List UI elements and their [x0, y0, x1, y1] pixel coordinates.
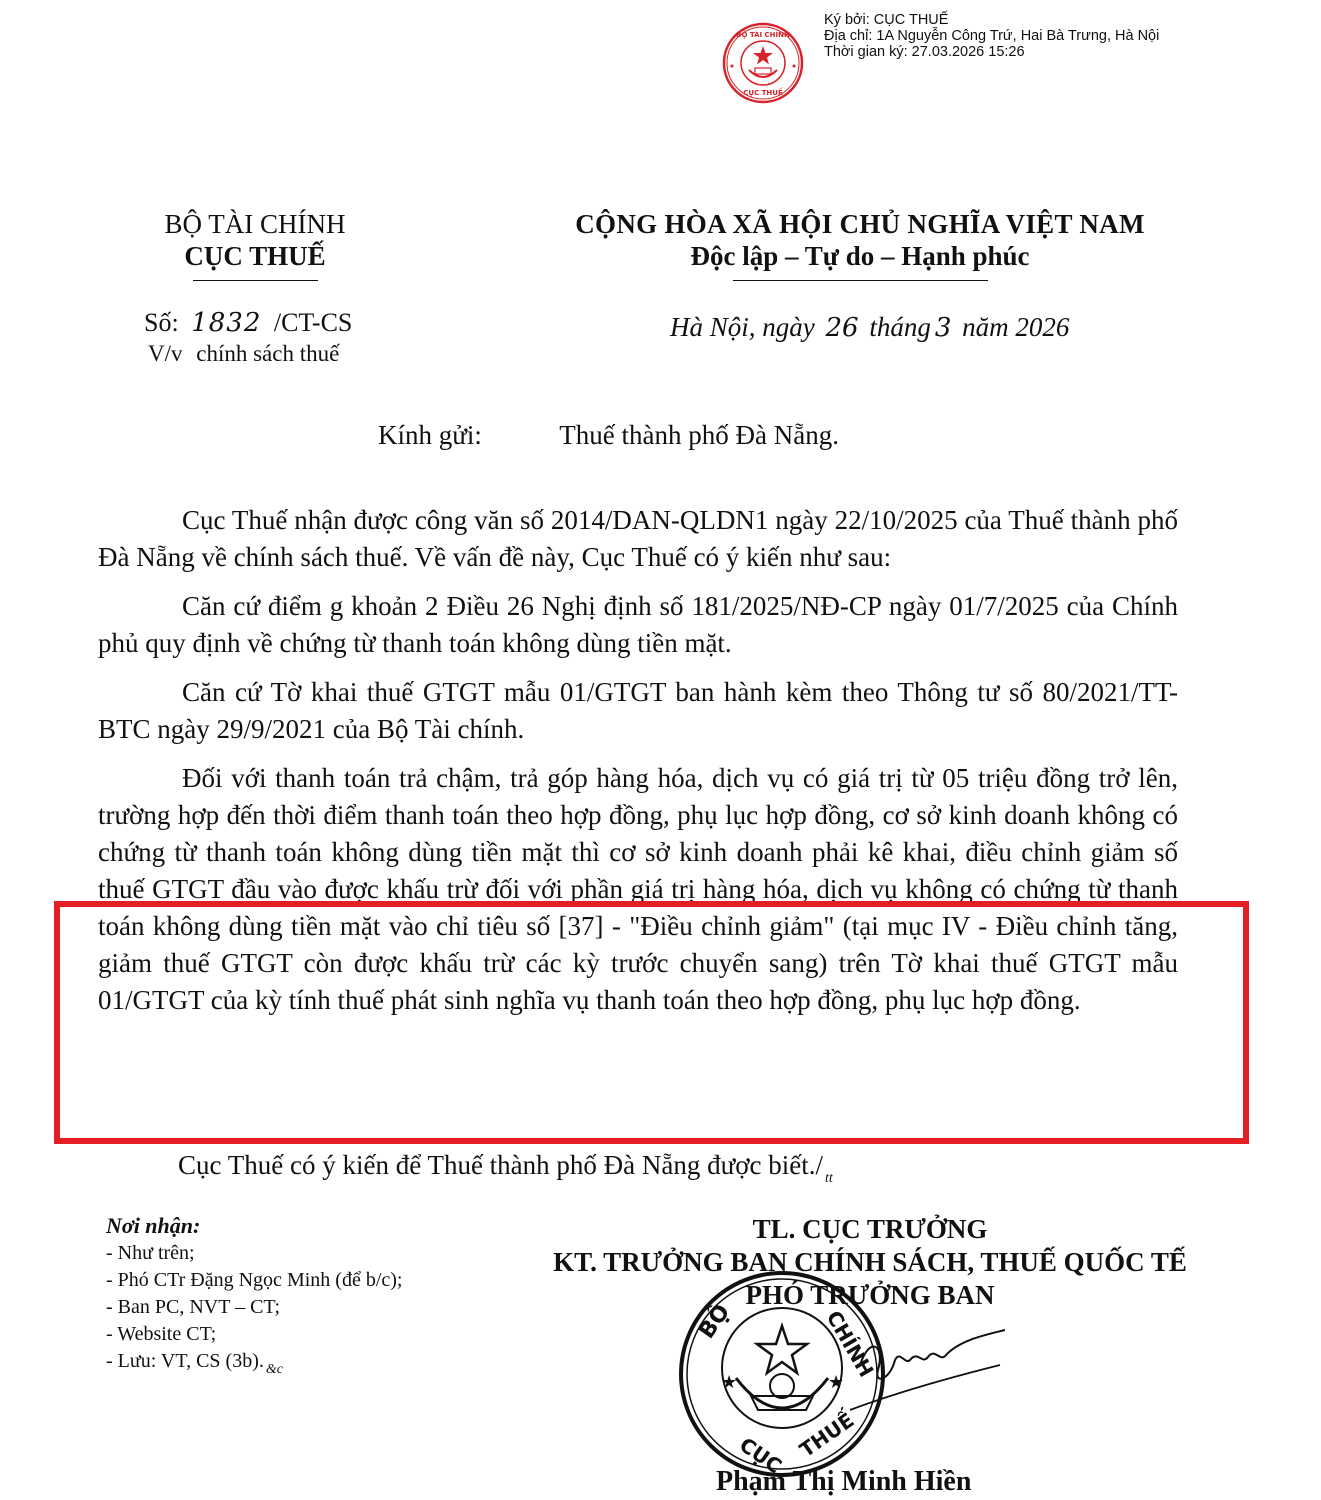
- closing-text: Cục Thuế có ý kiến để Thuế thành phố Đà …: [178, 1150, 823, 1180]
- signer-name: Phạm Thị Minh Hiền: [716, 1466, 971, 1498]
- handwritten-signature-icon: [850, 1325, 1010, 1415]
- nation-name: CỘNG HÒA XÃ HỘI CHỦ NGHĨA VIỆT NAM: [530, 208, 1190, 240]
- distribution-item-text: - Lưu: VT, CS (3b).: [106, 1350, 264, 1372]
- svg-text:★: ★: [828, 1372, 844, 1392]
- closing-line: Cục Thuế có ý kiến để Thuế thành phố Đà …: [178, 1150, 833, 1187]
- day-handwritten: 26: [826, 313, 859, 343]
- month-label: tháng: [869, 312, 931, 342]
- year-label: năm 2026: [962, 312, 1069, 342]
- svg-text:CỤC THUẾ: CỤC THUẾ: [743, 87, 783, 97]
- subject-text: chính sách thuế: [196, 341, 339, 366]
- place-date-prefix: Hà Nội, ngày: [670, 312, 815, 342]
- handwritten-signature: [850, 1325, 1010, 1415]
- issuing-authority: BỘ TÀI CHÍNH CỤC THUẾ: [100, 208, 410, 281]
- national-title: CỘNG HÒA XÃ HỘI CHỦ NGHĨA VIỆT NAM Độc l…: [530, 208, 1190, 281]
- closing-initials: tt: [825, 1171, 833, 1186]
- svg-text:BỘ: BỘ: [693, 1299, 735, 1344]
- doc-number-label: Số:: [144, 308, 179, 337]
- red-ministry-seal-icon: BỘ TÀI CHÍNH CỤC THUẾ: [722, 22, 804, 104]
- header-left-rule: [193, 280, 318, 281]
- doc-number-suffix: /CT-CS: [274, 308, 353, 337]
- place-date: Hà Nội, ngày 26 tháng3 năm 2026: [670, 312, 1069, 343]
- recipient-label: Kính gửi:: [378, 420, 553, 451]
- distribution-initials: &c: [266, 1362, 283, 1377]
- digital-seal: BỘ TÀI CHÍNH CỤC THUẾ: [722, 22, 804, 104]
- body-paragraph-3: Căn cứ Tờ khai thuế GTGT mẫu 01/GTGT ban…: [98, 674, 1178, 748]
- body-paragraph-1: Cục Thuế nhận được công văn số 2014/DAN-…: [98, 502, 1178, 576]
- document-number: Số: 1832 /CT-CS: [144, 308, 352, 338]
- distribution-title: Nơi nhận:: [106, 1212, 402, 1240]
- distribution-list: Nơi nhận: - Như trên; - Phó CTr Đặng Ngọ…: [106, 1212, 402, 1383]
- distribution-item: - Lưu: VT, CS (3b).&c: [106, 1348, 402, 1383]
- body-paragraph-2: Căn cứ điểm g khoản 2 Điều 26 Nghị định …: [98, 588, 1178, 662]
- digital-signature-info: Ký bởi: CỤC THUẾ Địa chỉ: 1A Nguyễn Công…: [824, 12, 1159, 60]
- document-subject: V/v chính sách thuế: [148, 340, 339, 368]
- header-right-rule: [733, 280, 988, 281]
- recipient-name: Thuế thành phố Đà Nẵng.: [559, 420, 839, 450]
- recipient: Kính gửi: Thuế thành phố Đà Nẵng.: [378, 420, 839, 451]
- letter-body: Cục Thuế nhận được công văn số 2014/DAN-…: [98, 502, 1178, 1031]
- signed-by: Ký bởi: CỤC THUẾ: [824, 12, 1159, 28]
- signer-line-1: TL. CỤC TRƯỞNG: [500, 1213, 1240, 1246]
- ministry-name: BỘ TÀI CHÍNH: [100, 208, 410, 240]
- svg-text:THUẾ: THUẾ: [794, 1406, 859, 1462]
- doc-number-handwritten: 1832: [191, 308, 261, 338]
- distribution-item: - Website CT;: [106, 1321, 402, 1348]
- subject-label: V/v: [148, 341, 183, 366]
- distribution-item: - Như trên;: [106, 1240, 402, 1267]
- body-paragraph-4: Đối với thanh toán trả chậm, trả góp hàn…: [98, 760, 1178, 1019]
- distribution-item: - Phó CTr Đặng Ngọc Minh (để b/c);: [106, 1267, 402, 1294]
- svg-text:★: ★: [721, 1372, 737, 1392]
- signed-time: Thời gian ký: 27.03.2026 15:26: [824, 44, 1159, 60]
- distribution-item: - Ban PC, NVT – CT;: [106, 1294, 402, 1321]
- month-handwritten: 3: [935, 313, 952, 343]
- svg-text:BỘ TÀI CHÍNH: BỘ TÀI CHÍNH: [736, 30, 790, 39]
- signer-address: Địa chỉ: 1A Nguyễn Công Trứ, Hai Bà Trưn…: [824, 28, 1159, 44]
- department-name: CỤC THUẾ: [100, 240, 410, 272]
- national-motto: Độc lập – Tự do – Hạnh phúc: [530, 240, 1190, 272]
